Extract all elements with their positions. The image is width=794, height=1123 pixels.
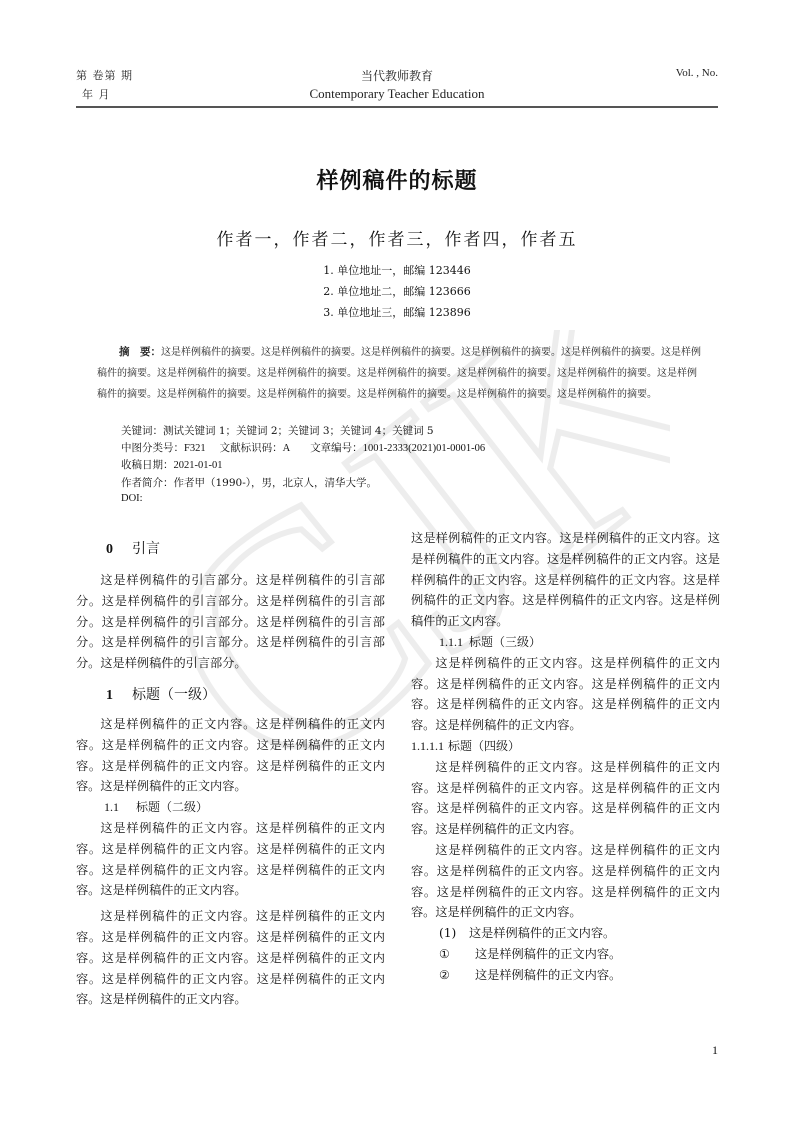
affiliation-2: 2. 单位地址二，邮编 123666: [0, 281, 794, 302]
paragraph-heading-number: 1.1.1.1: [411, 739, 444, 753]
list-item: ①这是样例稿件的正文内容。: [411, 944, 720, 965]
affiliation-3: 3. 单位地址三，邮编 123896: [0, 302, 794, 323]
doc-code-label: 文献标识码：: [220, 442, 283, 454]
author-list: 作者一，作者二，作者三，作者四，作者五: [0, 225, 794, 250]
page-number: 1: [700, 1043, 718, 1058]
list-item: (1)这是样例稿件的正文内容。: [411, 923, 720, 944]
section-title: 标题（一级）: [132, 687, 216, 703]
doi-line: DOI:: [121, 491, 701, 508]
list-marker: (1): [439, 923, 469, 944]
keywords-label: 关键词：: [121, 425, 163, 437]
body-paragraph: 这是样例稿件的正文内容。这是样例稿件的正文内容。这是样例稿件的正文内容。这是样例…: [76, 906, 385, 1010]
right-column: 这是样例稿件的正文内容。这是样例稿件的正文内容。这是样例稿件的正文内容。这是样例…: [411, 528, 720, 986]
bio-label: 作者简介：: [121, 477, 174, 489]
header-rule: [76, 106, 718, 108]
doc-code-value: A: [283, 443, 291, 454]
subsection-number: 1.1: [104, 797, 136, 818]
list-text: 这是样例稿件的正文内容。: [469, 926, 615, 940]
paragraph-heading-title: 标题（四级）: [448, 739, 520, 753]
paper-page: 第 卷第 期 当代教师教育 Vol. , No. 年 月 Contemporar…: [0, 0, 794, 1123]
article-no-value: 1001-2333(2021)01-0001-06: [363, 443, 485, 454]
clc-value: F321: [184, 443, 206, 454]
clc-label: 中图分类号：: [121, 442, 184, 454]
section-number: 1: [106, 685, 132, 707]
section-heading-1: 1标题（一级）: [76, 684, 385, 706]
body-paragraph: 这是样例稿件的正文内容。这是样例稿件的正文内容。这是样例稿件的正文内容。这是样例…: [76, 818, 385, 901]
list-text: 这是样例稿件的正文内容。: [475, 947, 621, 961]
volume-number: Vol. , No.: [676, 67, 718, 79]
classification-line: 中图分类号：F321文献标识码：A文章编号：1001-2333(2021)01-…: [121, 440, 701, 458]
keywords-value: 测试关键词 1；关键词 2；关键词 3；关键词 4；关键词 5: [163, 425, 434, 437]
subsubsection-heading-1-1-1: 1.1.1标题（三级）: [411, 632, 720, 653]
list-item: ②这是样例稿件的正文内容。: [411, 965, 720, 986]
keywords-line: 关键词：测试关键词 1；关键词 2；关键词 3；关键词 4；关键词 5: [121, 423, 701, 440]
journal-name-cn: 当代教师教育: [76, 67, 718, 84]
article-no-label: 文章编号：: [310, 442, 363, 454]
section-heading-0: 0引言: [76, 538, 385, 560]
received-label: 收稿日期：: [121, 459, 174, 471]
subsection-heading-1-1: 1.1标题（二级）: [76, 797, 385, 818]
list-text: 这是样例稿件的正文内容。: [475, 968, 621, 982]
body-paragraph: 这是样例稿件的正文内容。这是样例稿件的正文内容。这是样例稿件的正文内容。这是样例…: [76, 714, 385, 797]
body-paragraph-continued: 这是样例稿件的正文内容。这是样例稿件的正文内容。这是样例稿件的正文内容。这是样例…: [411, 528, 720, 632]
abstract: 摘 要：这是样例稿件的摘要。这是样例稿件的摘要。这是样例稿件的摘要。这是样例稿件…: [97, 342, 701, 405]
list-marker: ①: [439, 944, 475, 965]
abstract-text: 这是样例稿件的摘要。这是样例稿件的摘要。这是样例稿件的摘要。这是样例稿件的摘要。…: [97, 347, 701, 400]
body-paragraph: 这是样例稿件的正文内容。这是样例稿件的正文内容。这是样例稿件的正文内容。这是样例…: [411, 757, 720, 840]
body-paragraph: 这是样例稿件的正文内容。这是样例稿件的正文内容。这是样例稿件的正文内容。这是样例…: [411, 840, 720, 923]
intro-paragraph: 这是样例稿件的引言部分。这是样例稿件的引言部分。这是样例稿件的引言部分。这是样例…: [76, 570, 385, 674]
affiliation-1: 1. 单位地址一，邮编 123446: [0, 260, 794, 281]
section-number: 0: [106, 539, 132, 561]
paragraph-heading-1-1-1-1: 1.1.1.1标题（四级）: [411, 736, 720, 757]
journal-name-en: Contemporary Teacher Education: [76, 86, 718, 102]
list-marker: ②: [439, 965, 475, 986]
article-metadata: 关键词：测试关键词 1；关键词 2；关键词 3；关键词 4；关键词 5 中图分类…: [121, 423, 701, 508]
subsection-title: 标题（二级）: [136, 800, 208, 814]
affiliations: 1. 单位地址一，邮编 123446 2. 单位地址二，邮编 123666 3.…: [0, 260, 794, 323]
subsubsection-number: 1.1.1: [439, 635, 463, 649]
left-column: 0引言 这是样例稿件的引言部分。这是样例稿件的引言部分。这是样例稿件的引言部分。…: [76, 538, 385, 1010]
section-title: 引言: [132, 541, 160, 557]
abstract-label: 摘 要：: [119, 346, 161, 358]
received-line: 收稿日期：2021-01-01: [121, 457, 701, 475]
paper-title: 样例稿件的标题: [0, 164, 794, 195]
bio-line: 作者简介：作者甲（1990-），男，北京人，清华大学。: [121, 475, 701, 492]
received-value: 2021-01-01: [174, 460, 223, 471]
bio-value: 作者甲（1990-），男，北京人，清华大学。: [174, 477, 378, 489]
subsubsection-title: 标题（三级）: [469, 635, 541, 649]
body-paragraph: 这是样例稿件的正文内容。这是样例稿件的正文内容。这是样例稿件的正文内容。这是样例…: [411, 653, 720, 736]
